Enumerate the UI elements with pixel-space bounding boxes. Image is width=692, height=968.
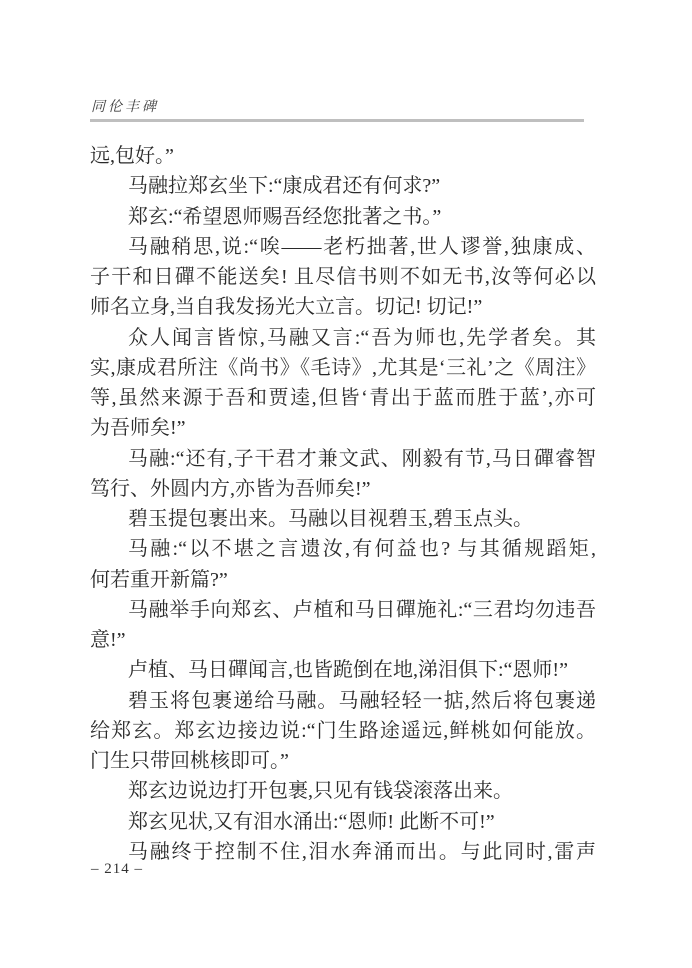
text-line: 实,康成君所注《尚书》《毛诗》,尤其是‘三礼’之《周注》 (90, 353, 596, 383)
text-line: 碧玉提包裹出来。马融以目视碧玉,碧玉点头。 (90, 504, 596, 534)
text-line: 马融举手向郑玄、卢植和马日磾施礼:“三君均勿违吾 (90, 595, 596, 625)
text-line: 马融:“以不堪之言遗汝,有何益也? 与其循规蹈矩, (90, 534, 596, 564)
text-line: 为吾师矣!” (90, 413, 596, 443)
text-line: 郑玄:“希望恩师赐吾经您批著之书。” (90, 202, 596, 232)
page-footer: – 214 – (91, 861, 143, 878)
text-line: 何若重开新篇?” (90, 565, 596, 595)
text-line: 远,包好。” (90, 141, 596, 171)
text-line: 郑玄边说边打开包裹,只见有钱袋滚落出来。 (90, 776, 596, 806)
body-text: 远,包好。”马融拉郑玄坐下:“康成君还有何求?”郑玄:“希望恩师赐吾经您批著之书… (90, 141, 596, 867)
text-line: 等,虽然来源于吾和贾逵,但皆‘青出于蓝而胜于蓝’,亦可 (90, 383, 596, 413)
text-line: 马融:“还有,子干君才兼文武、刚毅有节,马日磾睿智 (90, 444, 596, 474)
text-line: 碧玉将包裹递给马融。马融轻轻一掂,然后将包裹递 (90, 686, 596, 716)
text-line: 给郑玄。郑玄边接边说:“门生路途遥远,鲜桃如何能放。 (90, 716, 596, 746)
text-line: 意!” (90, 625, 596, 655)
running-header: 同伦丰碑 (91, 96, 159, 116)
running-header-title: 同伦丰碑 (91, 100, 159, 115)
text-line: 众人闻言皆惊,马融又言:“吾为师也,先学者矣。其 (90, 323, 596, 353)
text-line: 马融稍思,说:“唉——老朽拙著,世人谬誉,独康成、 (90, 232, 596, 262)
text-line: 郑玄见状,又有泪水涌出:“恩师! 此断不可!” (90, 807, 596, 837)
page-number: – 214 – (91, 861, 143, 877)
text-line: 卢植、马日磾闻言,也皆跪倒在地,涕泪俱下:“恩师!” (90, 655, 596, 685)
text-line: 马融拉郑玄坐下:“康成君还有何求?” (90, 171, 596, 201)
text-line: 门生只带回桃核即可。” (90, 746, 596, 776)
header-rule (90, 119, 584, 122)
text-line: 笃行、外圆内方,亦皆为吾师矣!” (90, 474, 596, 504)
book-page: 同伦丰碑 远,包好。”马融拉郑玄坐下:“康成君还有何求?”郑玄:“希望恩师赐吾经… (0, 0, 692, 968)
text-line: 师名立身,当自我发扬光大立言。切记! 切记!” (90, 292, 596, 322)
text-line: 马融终于控制不住,泪水奔涌而出。与此同时,雷声 (90, 837, 596, 867)
text-line: 子干和日磾不能送矣! 且尽信书则不如无书,汝等何必以 (90, 262, 596, 292)
